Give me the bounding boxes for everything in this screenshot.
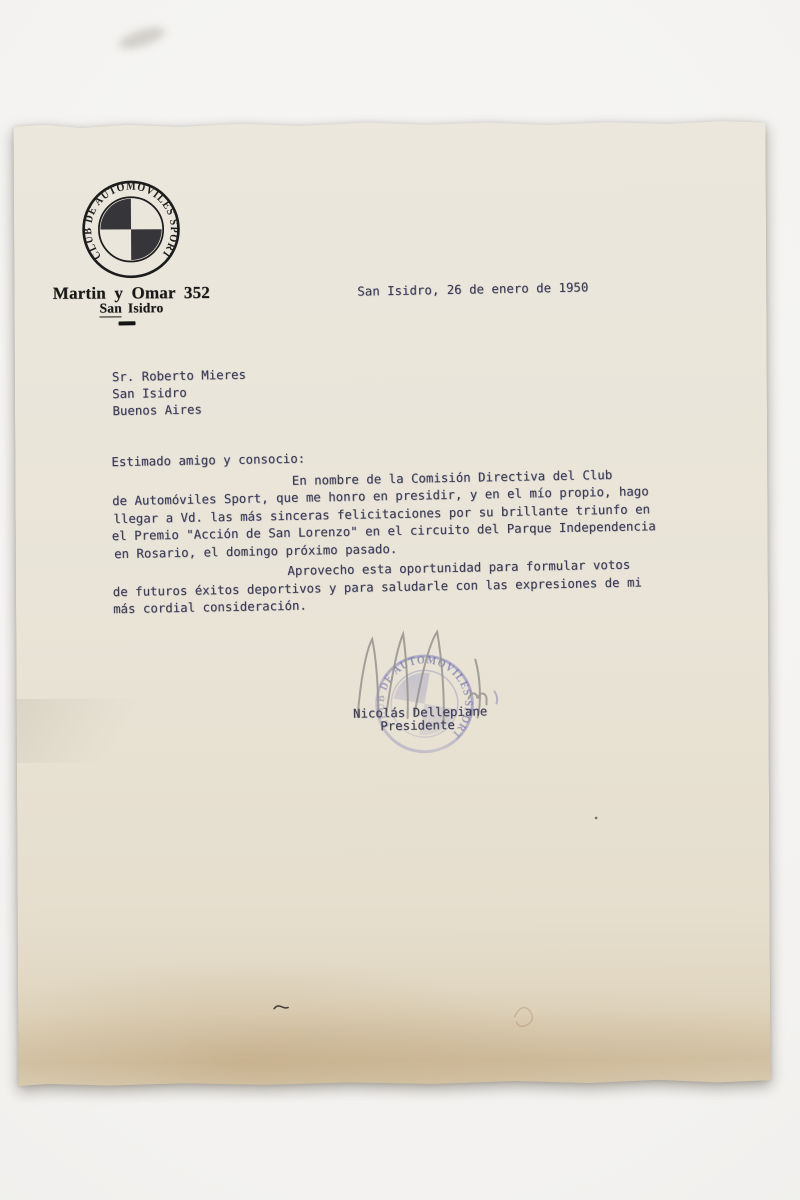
letter-paper: CLUB DE AUTOMOVILES SPORT Martin y Omar … — [13, 120, 770, 1087]
typed-text-block: San Isidro, 26 de enero de 1950 Sr. Robe… — [8, 115, 778, 1092]
body-line: más cordial consideración. — [113, 599, 307, 618]
signer-title: Presidente — [380, 718, 455, 734]
recipient-name: Sr. Roberto Mieres — [112, 368, 246, 385]
date-line: San Isidro, 26 de enero de 1950 — [357, 280, 588, 299]
salutation: Estimado amigo y consocio: — [111, 452, 305, 471]
recipient-province: Buenos Aires — [112, 403, 202, 420]
paper-shadow: CLUB DE AUTOMOVILES SPORT Martin y Omar … — [0, 0, 800, 1200]
body-line: en Rosario, el domingo próximo pasado. — [114, 542, 397, 562]
photo-backdrop: CLUB DE AUTOMOVILES SPORT Martin y Omar … — [0, 0, 800, 1200]
recipient-city: San Isidro — [112, 386, 187, 402]
body-line: de futuros éxitos deportivos y para salu… — [113, 575, 642, 600]
